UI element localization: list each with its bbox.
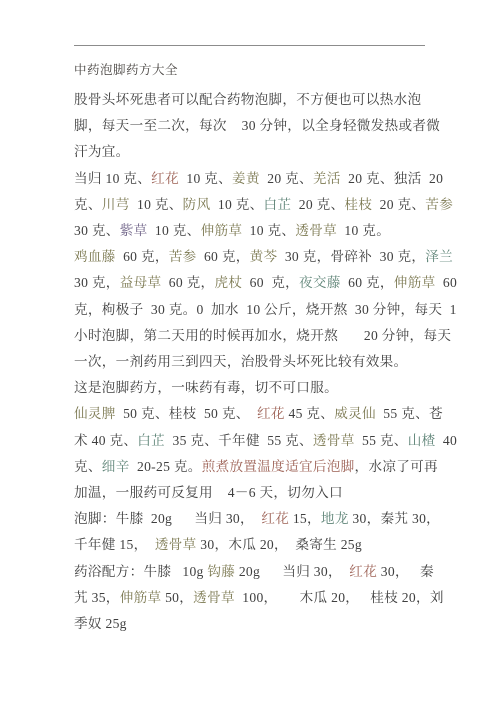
text-segment: 30 克，骨碎补 30 克， — [277, 249, 425, 264]
text-segment: 20 克、 — [291, 197, 344, 212]
text-segment: 虎杖 — [214, 275, 242, 290]
text-segment: 千年健 15， — [74, 537, 155, 552]
text-segment: 威灵仙 — [334, 406, 376, 421]
text-segment: 30 克， — [74, 275, 120, 290]
text-segment: 羌活 — [313, 171, 341, 186]
text-line: 泡脚：牛膝 20g 当归 30， 红花 15，地龙 30，秦艽 30， — [74, 506, 426, 532]
text-segment: 当归 10 克、 — [74, 171, 151, 186]
text-line: 股骨头坏死患者可以配合药物泡脚，不方便也可以热水泡 — [74, 87, 426, 113]
text-segment: 姜黄 — [232, 171, 260, 186]
top-divider — [74, 45, 425, 46]
text-segment: 防风 — [183, 197, 211, 212]
text-segment: 仙灵脾 — [74, 406, 116, 421]
text-segment: 15， — [289, 511, 321, 526]
text-segment: 克，枸极子 30 克。0 加水 10 公斤，烧开熬 30 分钟，每天 1 — [74, 302, 457, 317]
text-line: 鸡血藤 60 克，苦参 60 克，黄芩 30 克，骨碎补 30 克，泽兰 — [74, 244, 426, 270]
text-line: 克、细辛 20-25 克。煎煮放置温度适宜后泡脚，水凉了可再 — [74, 454, 426, 480]
text-line: 汗为宜。 — [74, 139, 426, 165]
text-line: 脚，每天一至二次，每次 30 分钟，以全身轻微发热或者微 — [74, 113, 426, 139]
text-segment: 35 克、千年健 55 克、 — [165, 433, 313, 448]
text-line: 一次，一剂药用三到四天，治股骨头坏死比较有效果。 — [74, 349, 426, 375]
text-segment: 透骨草 — [193, 590, 235, 605]
document-title: 中药泡脚药方大全 — [74, 61, 426, 79]
text-segment: 伸筋草 — [201, 223, 243, 238]
text-segment: 白芷 — [264, 197, 292, 212]
text-segment: 60 克， — [116, 249, 169, 264]
text-segment: 汗为宜。 — [74, 144, 130, 159]
text-segment: 30，秦艽 30， — [349, 511, 440, 526]
text-segment: 60 克， — [341, 275, 394, 290]
text-segment: 红花 — [349, 564, 377, 579]
text-segment: 50 克、桂枝 50 克、 — [116, 406, 257, 421]
text-segment: 40 — [435, 433, 457, 448]
text-segment: 益母草 — [120, 275, 162, 290]
text-segment: 川芎 — [102, 197, 130, 212]
text-segment: 60 克， — [197, 249, 250, 264]
text-segment: 透骨草 — [313, 433, 355, 448]
text-segment: 小时泡脚，第二天用的时候再加水，烧开熬 20 分钟，每天 — [74, 328, 451, 343]
text-segment: 这是泡脚药方，一味药有毒，切不可口服。 — [74, 380, 338, 395]
text-line: 当归 10 克、红花 10 克、姜黄 20 克、羌活 20 克、独活 20 — [74, 166, 426, 192]
text-segment: 股骨头坏死患者可以配合药物泡脚，不方便也可以热水泡 — [74, 92, 421, 107]
text-segment: 艽 35， — [74, 590, 120, 605]
text-segment: 克、 — [74, 197, 102, 212]
text-segment: 苦参 — [169, 249, 197, 264]
text-segment: 克、 — [74, 459, 102, 474]
text-segment: 一次，一剂药用三到四天，治股骨头坏死比较有效果。 — [74, 354, 407, 369]
text-segment: 季奴 25g — [74, 616, 127, 631]
text-segment: 30 克、 — [74, 223, 120, 238]
text-segment: 伸筋草 — [120, 590, 162, 605]
text-segment: 鸡血藤 — [74, 249, 116, 264]
text-segment: 10 克、 — [210, 197, 263, 212]
text-line: 千年健 15， 透骨草 30，木瓜 20， 桑寄生 25g — [74, 532, 426, 558]
text-segment: 红花 — [151, 171, 179, 186]
text-segment: 55 克、 — [355, 433, 408, 448]
text-segment: 10 克、 — [242, 223, 295, 238]
text-segment: 10 克、 — [147, 223, 200, 238]
text-segment: 黄芩 — [250, 249, 278, 264]
text-segment: 泽兰 — [425, 249, 453, 264]
text-segment: 60 — [435, 275, 457, 290]
text-segment: 透骨草 — [155, 537, 197, 552]
text-line: 季奴 25g — [74, 611, 426, 637]
text-line: 克，枸极子 30 克。0 加水 10 公斤，烧开熬 30 分钟，每天 1 — [74, 297, 426, 323]
text-line: 30 克、紫草 10 克、伸筋草 10 克、透骨草 10 克。 — [74, 218, 426, 244]
text-segment: 伸筋草 — [394, 275, 436, 290]
text-segment: 透骨草 — [295, 223, 337, 238]
text-line: 仙灵脾 50 克、桂枝 50 克、 红花 45 克、威灵仙 55 克、苍 — [74, 401, 426, 427]
text-segment: 20 克、独活 20 — [341, 171, 443, 186]
text-segment: 30，木瓜 20， 桑寄生 25g — [197, 537, 362, 552]
text-segment: 山楂 — [408, 433, 436, 448]
text-line: 药浴配方：牛膝 10g 钩藤 20g 当归 30， 红花 30， 秦 — [74, 559, 426, 585]
text-segment: 20 克、 — [372, 197, 425, 212]
text-segment: 30， 秦 — [377, 564, 434, 579]
text-segment: 脚，每天一至二次，每次 30 分钟，以全身轻微发热或者微 — [74, 118, 440, 133]
text-segment: 20 克、 — [260, 171, 313, 186]
text-line: 小时泡脚，第二天用的时候再加水，烧开熬 20 分钟，每天 — [74, 323, 426, 349]
text-segment: 钩藤 — [207, 564, 235, 579]
text-segment: 10 克、 — [130, 197, 183, 212]
document-page: 中药泡脚药方大全 股骨头坏死患者可以配合药物泡脚，不方便也可以热水泡脚，每天一至… — [74, 45, 426, 637]
text-segment: 紫草 — [120, 223, 148, 238]
text-segment: 泡脚：牛膝 20g 当归 30， — [74, 511, 261, 526]
text-segment: 20-25 克。 — [130, 459, 202, 474]
text-line: 这是泡脚药方，一味药有毒，切不可口服。 — [74, 375, 426, 401]
text-segment: 60 克， — [242, 275, 299, 290]
text-segment: 术 40 克、 — [74, 433, 137, 448]
text-segment: 50， — [161, 590, 193, 605]
text-segment: ，水凉了可再 — [355, 459, 438, 474]
text-segment: 100， 木瓜 20， 桂枝 20，刘 — [235, 590, 444, 605]
text-segment: 10 克、 — [179, 171, 232, 186]
text-segment: 夜交藤 — [299, 275, 341, 290]
text-segment: 10 克。 — [337, 223, 390, 238]
text-segment: 煎煮放置温度适宜后泡脚 — [202, 459, 355, 474]
text-segment: 60 克， — [161, 275, 214, 290]
text-segment: 加温，一服药可反复用 4－6 天，切勿入口 — [74, 485, 343, 500]
text-segment: 45 克、 — [285, 406, 334, 421]
text-segment: 红花 — [261, 511, 289, 526]
text-segment: 桂枝 — [344, 197, 372, 212]
text-line: 克、川芎 10 克、防风 10 克、白芷 20 克、桂枝 20 克、苦参 — [74, 192, 426, 218]
text-line: 术 40 克、白芷 35 克、千年健 55 克、透骨草 55 克、山楂 40 — [74, 428, 426, 454]
text-segment: 20g 当归 30， — [235, 564, 349, 579]
document-body: 股骨头坏死患者可以配合药物泡脚，不方便也可以热水泡脚，每天一至二次，每次 30 … — [74, 87, 426, 637]
text-segment: 药浴配方：牛膝 10g — [74, 564, 207, 579]
text-line: 艽 35，伸筋草 50，透骨草 100， 木瓜 20， 桂枝 20，刘 — [74, 585, 426, 611]
text-segment: 细辛 — [102, 459, 130, 474]
text-segment: 55 克、苍 — [376, 406, 443, 421]
text-segment: 红花 — [257, 406, 285, 421]
text-segment: 白芷 — [137, 433, 165, 448]
text-segment: 地龙 — [321, 511, 349, 526]
text-segment: 苦参 — [425, 197, 453, 212]
text-line: 加温，一服药可反复用 4－6 天，切勿入口 — [74, 480, 426, 506]
text-line: 30 克，益母草 60 克，虎杖 60 克，夜交藤 60 克，伸筋草 60 — [74, 270, 426, 296]
